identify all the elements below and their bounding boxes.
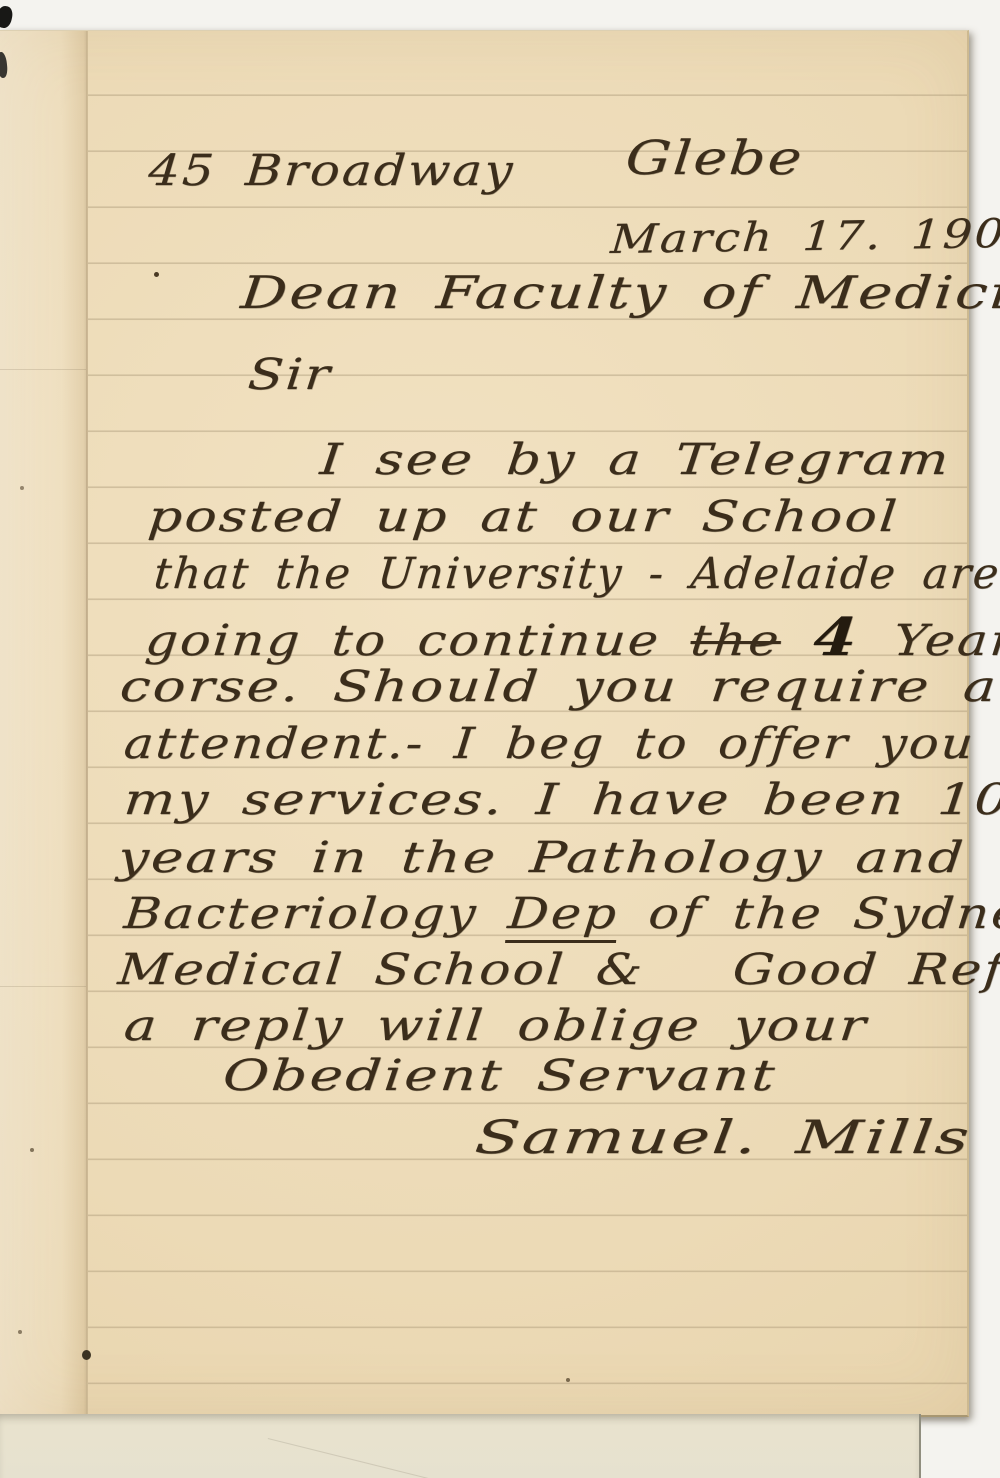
strip-crease [0,986,86,987]
salutation-line: Sir [246,353,334,398]
body-line-3: that the University - Adelaide are [152,552,1000,597]
scanned-letter: 45 Broadway Glebe March 17. 1900 Dean Fa… [0,0,1000,1478]
ink-speck [566,1378,570,1382]
body-line-8: years in the Pathology and [116,836,967,881]
body-line-5: corse. Should you require an [118,665,1000,710]
body-line-11: a reply will oblige your [122,1004,870,1049]
fold-crease [86,31,88,1415]
address-suburb: Glebe [624,134,806,183]
strip-crease [0,369,86,370]
ink-speck [20,486,24,490]
body-line-4: going to continue the 4 Year [143,611,1000,666]
body-line-6: attendent.- I beg to offer you [122,722,977,767]
body-line-1: I see by a Telegram [318,438,953,483]
address-number: 45 [147,146,218,196]
ink-dot [154,272,159,277]
underlined-word: Dep [505,889,620,943]
inserted-number: 4 [811,607,861,668]
body-line-7: my services. I have been 10 [122,778,1000,823]
edge-mark [0,5,14,30]
struck-word: the [688,616,783,666]
fold-hole [82,1350,91,1360]
body-line-2: posted up at our School [146,495,901,540]
signature: Samuel. Mills [473,1113,974,1161]
address-line: 45 Broadway [147,149,516,194]
recipient-line: Dean Faculty of Medicine [239,269,1000,316]
ink-speck [30,1148,34,1152]
body-line-10: Medical School & Good Referance [116,948,1000,993]
date-line: March 17. 1900 [609,213,1000,261]
address-street: Broadway [244,146,517,196]
under-sheet [0,1414,921,1478]
folded-left-strip [0,31,87,1415]
body-line-9: Bacteriology Dep of the Sydney [122,892,1000,937]
letter-sheet: 45 Broadway Glebe March 17. 1900 Dean Fa… [0,30,969,1417]
ink-speck [18,1330,22,1334]
closing-line: Obedient Servant [221,1054,779,1099]
